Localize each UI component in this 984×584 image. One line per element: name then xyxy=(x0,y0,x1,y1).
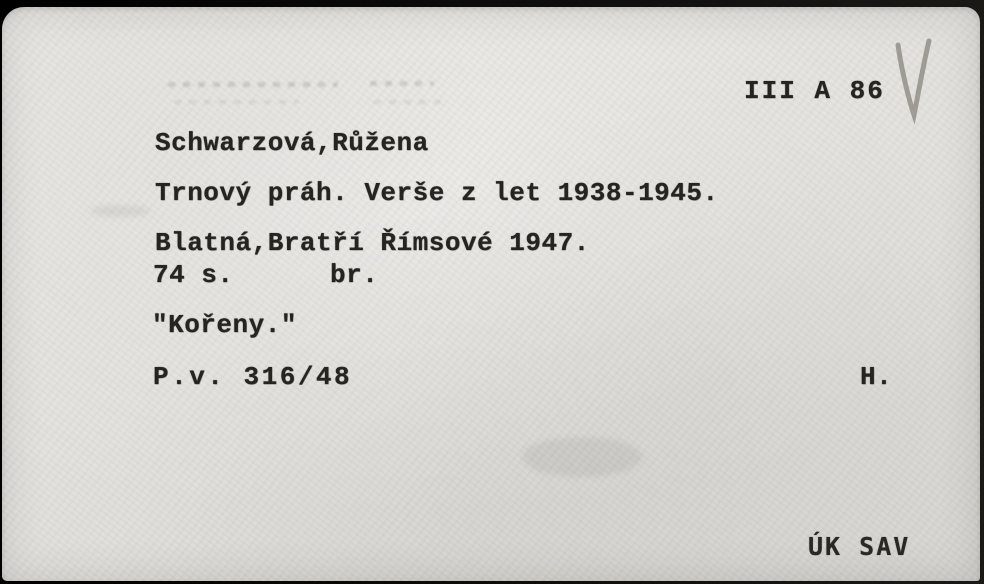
cataloger-initial: H. xyxy=(860,362,892,392)
title-line: Trnový práh. Verše z let 1938-1945. xyxy=(155,178,719,208)
call-number: III A 86 xyxy=(744,76,885,106)
erased-text-smudge xyxy=(168,82,338,87)
erased-text-smudge xyxy=(374,100,446,104)
erased-text-smudge xyxy=(370,81,434,86)
accession-number: P.v. 316/48 xyxy=(153,362,352,392)
library-stamp: ÚK SAV xyxy=(808,532,910,561)
paper-smudge xyxy=(90,205,150,217)
handwritten-check-mark xyxy=(888,35,944,127)
imprint-line: Blatná,Bratří Římsové 1947. xyxy=(155,228,590,258)
author-heading: Schwarzová,Růžena xyxy=(155,128,429,158)
erased-text-smudge xyxy=(174,100,299,104)
series-note: "Kořeny." xyxy=(152,310,297,340)
catalog-card: III A 86 Schwarzová,Růžena Trnový práh. … xyxy=(2,7,980,581)
binding-note: br. xyxy=(330,260,378,290)
paper-smudge xyxy=(522,437,642,477)
scan-background: III A 86 Schwarzová,Růžena Trnový práh. … xyxy=(0,0,984,584)
pagination: 74 s. xyxy=(153,260,234,290)
